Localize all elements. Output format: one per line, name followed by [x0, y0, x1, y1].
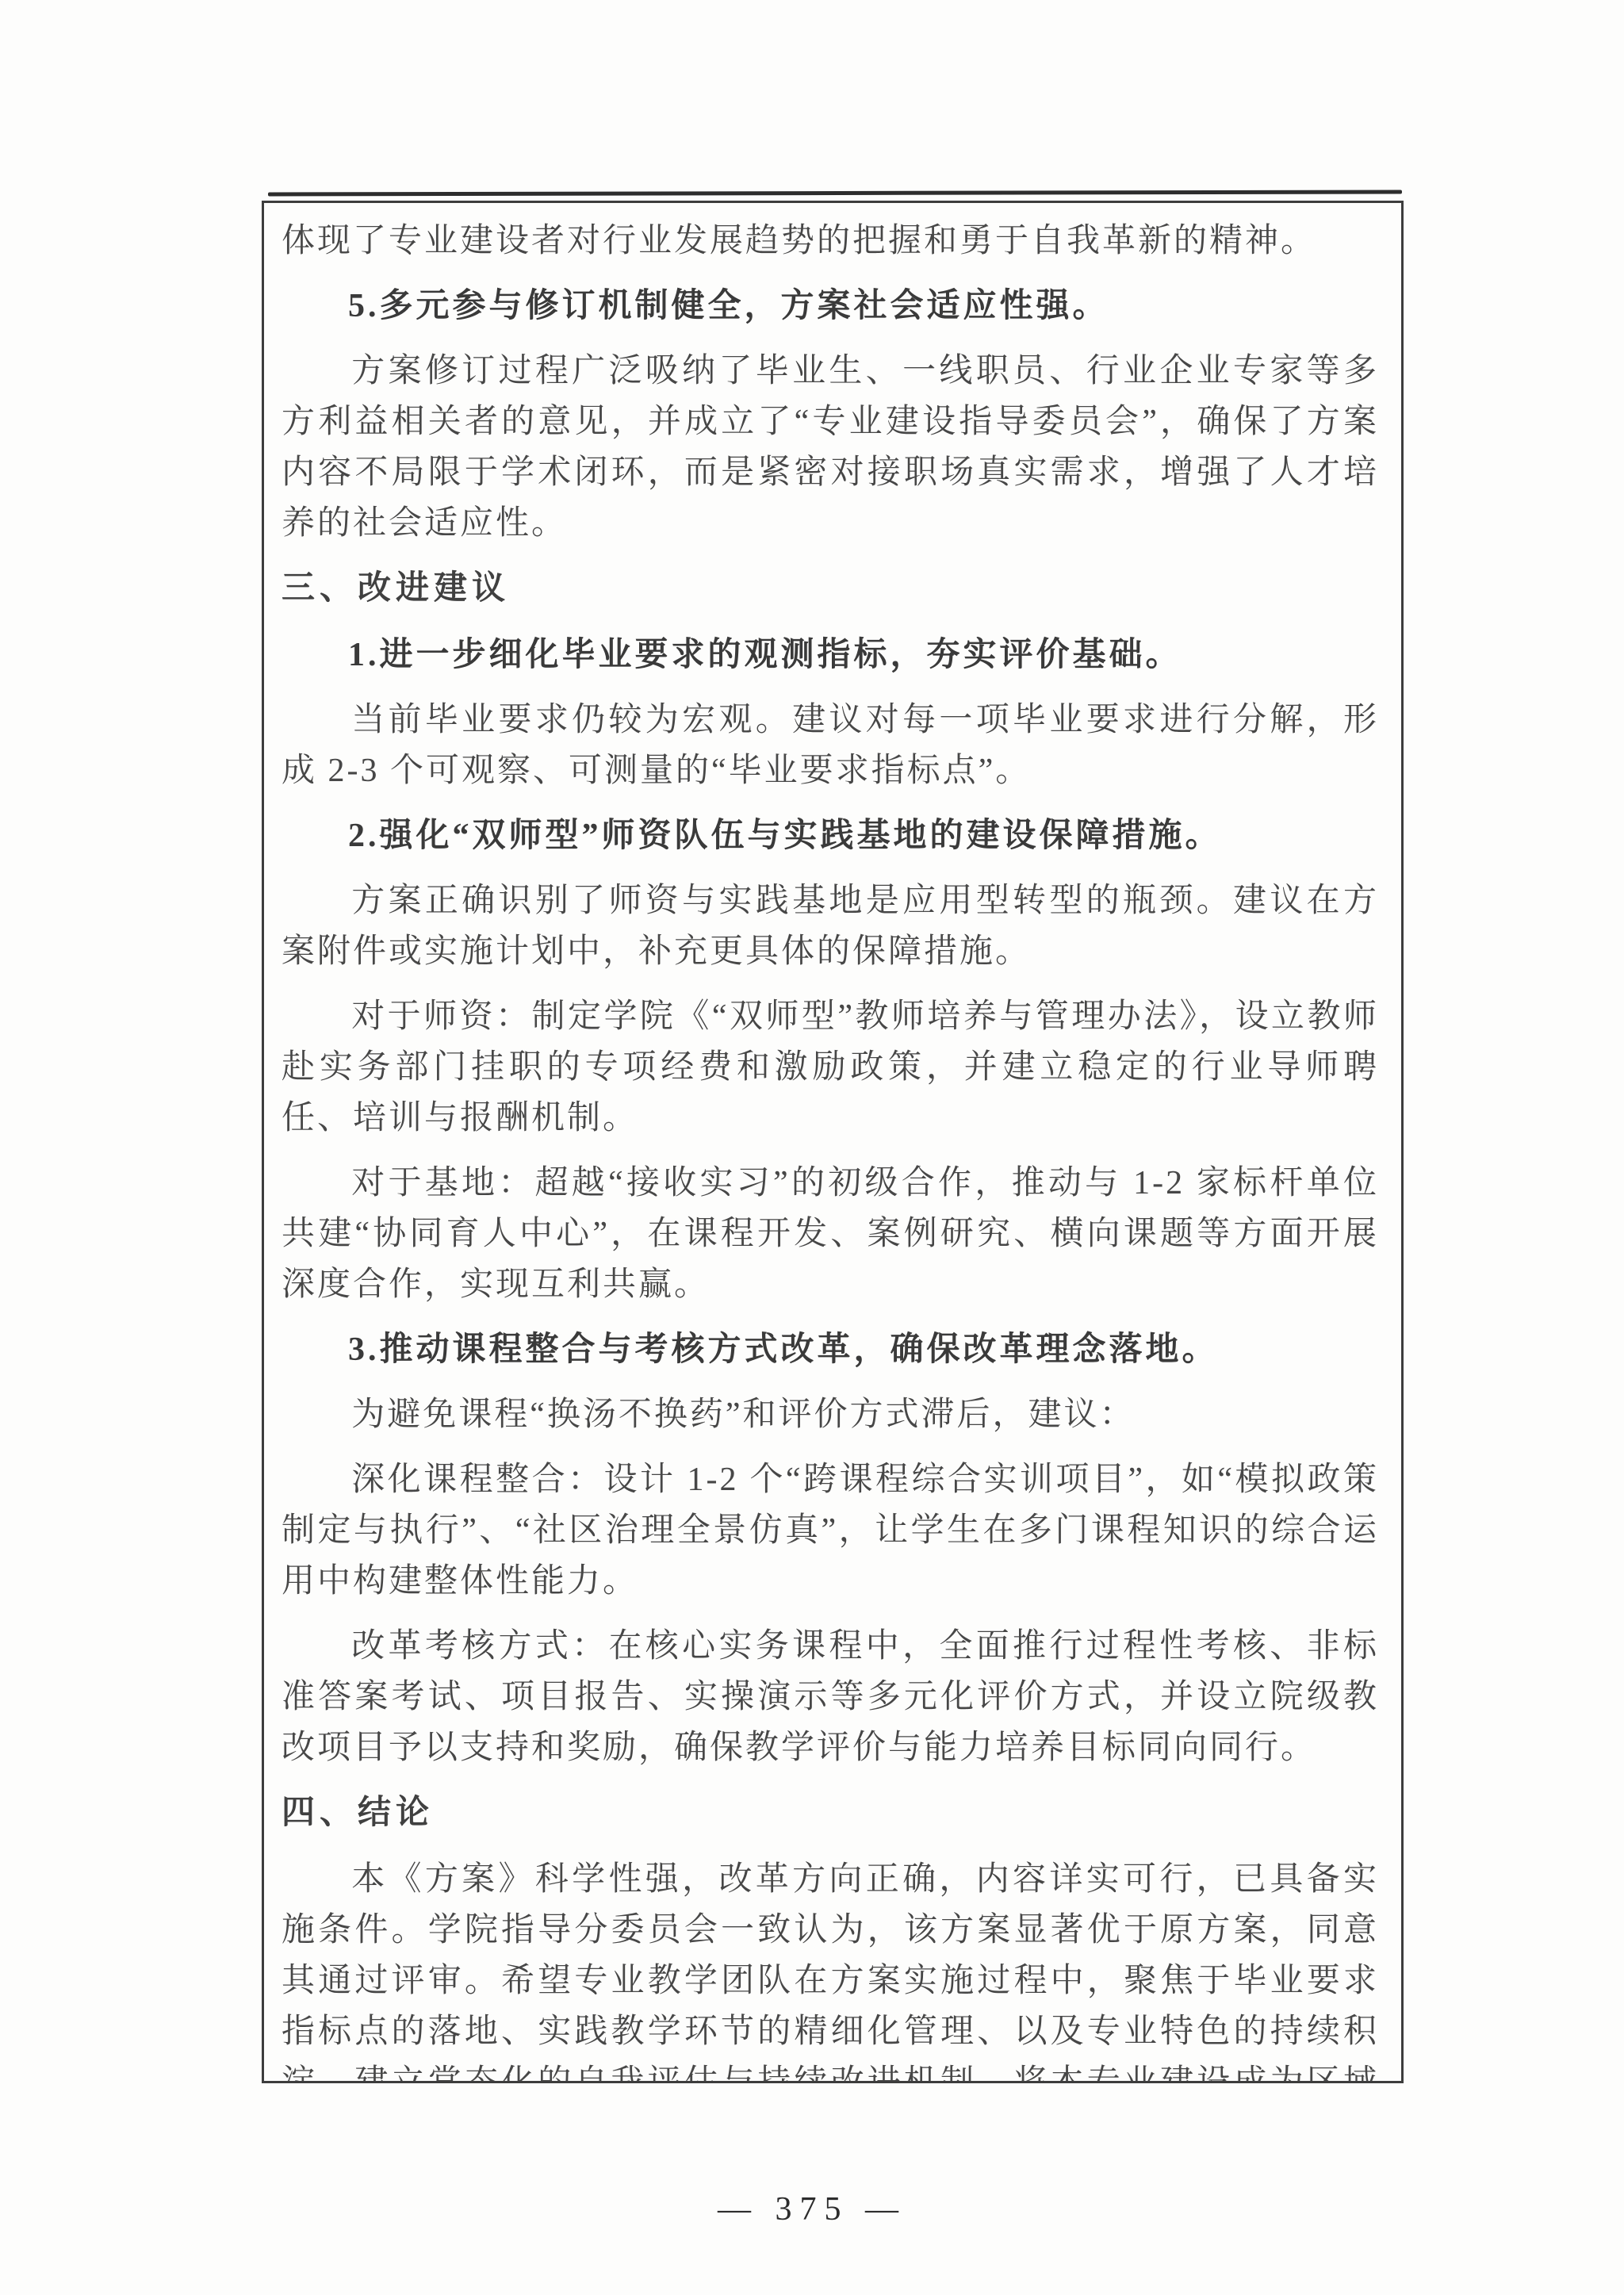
section-heading-conclusion: 四、结论 — [282, 1787, 1379, 1838]
page-number: — 375 — — [0, 2190, 1624, 2228]
subheading-point-2: 2.强化“双师型”师资队伍与实践基地的建设保障措施。 — [282, 810, 1379, 861]
scanned-document-page: 体现了专业建设者对行业发展趋势的把握和勇于自我革新的精神。 5.多元参与修订机制… — [0, 0, 1624, 2295]
paragraph-conclusion: 本《方案》科学性强，改革方向正确，内容详实可行，已具备实施条件。学院指导分委员会… — [282, 1854, 1379, 2083]
paragraph: 当前毕业要求仍较为宏观。建议对每一项毕业要求进行分解，形成 2-3 个可观察、可… — [282, 695, 1379, 796]
paragraph: 对于基地：超越“接收实习”的初级合作，推动与 1-2 家标杆单位共建“协同育人中… — [282, 1158, 1379, 1310]
document-table-cell: 体现了专业建设者对行业发展趋势的把握和勇于自我革新的精神。 5.多元参与修订机制… — [262, 201, 1404, 2083]
subheading-point-1: 1.进一步细化毕业要求的观测指标，夯实评价基础。 — [282, 630, 1379, 680]
paragraph: 方案修订过程广泛吸纳了毕业生、一线职员、行业企业专家等多方利益相关者的意见，并成… — [282, 346, 1379, 549]
subheading-point-5: 5.多元参与修订机制健全，方案社会适应性强。 — [282, 281, 1379, 331]
paragraph: 对于师资：制定学院《“双师型”教师培养与管理办法》，设立教师赴实务部门挂职的专项… — [282, 991, 1379, 1144]
subheading-point-3: 3.推动课程整合与考核方式改革，确保改革理念落地。 — [282, 1324, 1379, 1375]
paragraph: 改革考核方式：在核心实务课程中，全面推行过程性考核、非标准答案考试、项目报告、实… — [282, 1621, 1379, 1773]
paragraph: 为避免课程“换汤不换药”和评价方式滞后，建议： — [282, 1389, 1379, 1440]
table-row-divider — [268, 190, 1402, 197]
section-heading-improvement-suggestions: 三、改进建议 — [282, 563, 1379, 614]
paragraph: 方案正确识别了师资与实践基地是应用型转型的瓶颈。建议在方案附件或实施计划中，补充… — [282, 875, 1379, 977]
paragraph: 深化课程整合：设计 1-2 个“跨课程综合实训项目”，如“模拟政策制定与执行”、… — [282, 1454, 1379, 1607]
paragraph-continuation: 体现了专业建设者对行业发展趋势的把握和勇于自我革新的精神。 — [282, 216, 1379, 266]
